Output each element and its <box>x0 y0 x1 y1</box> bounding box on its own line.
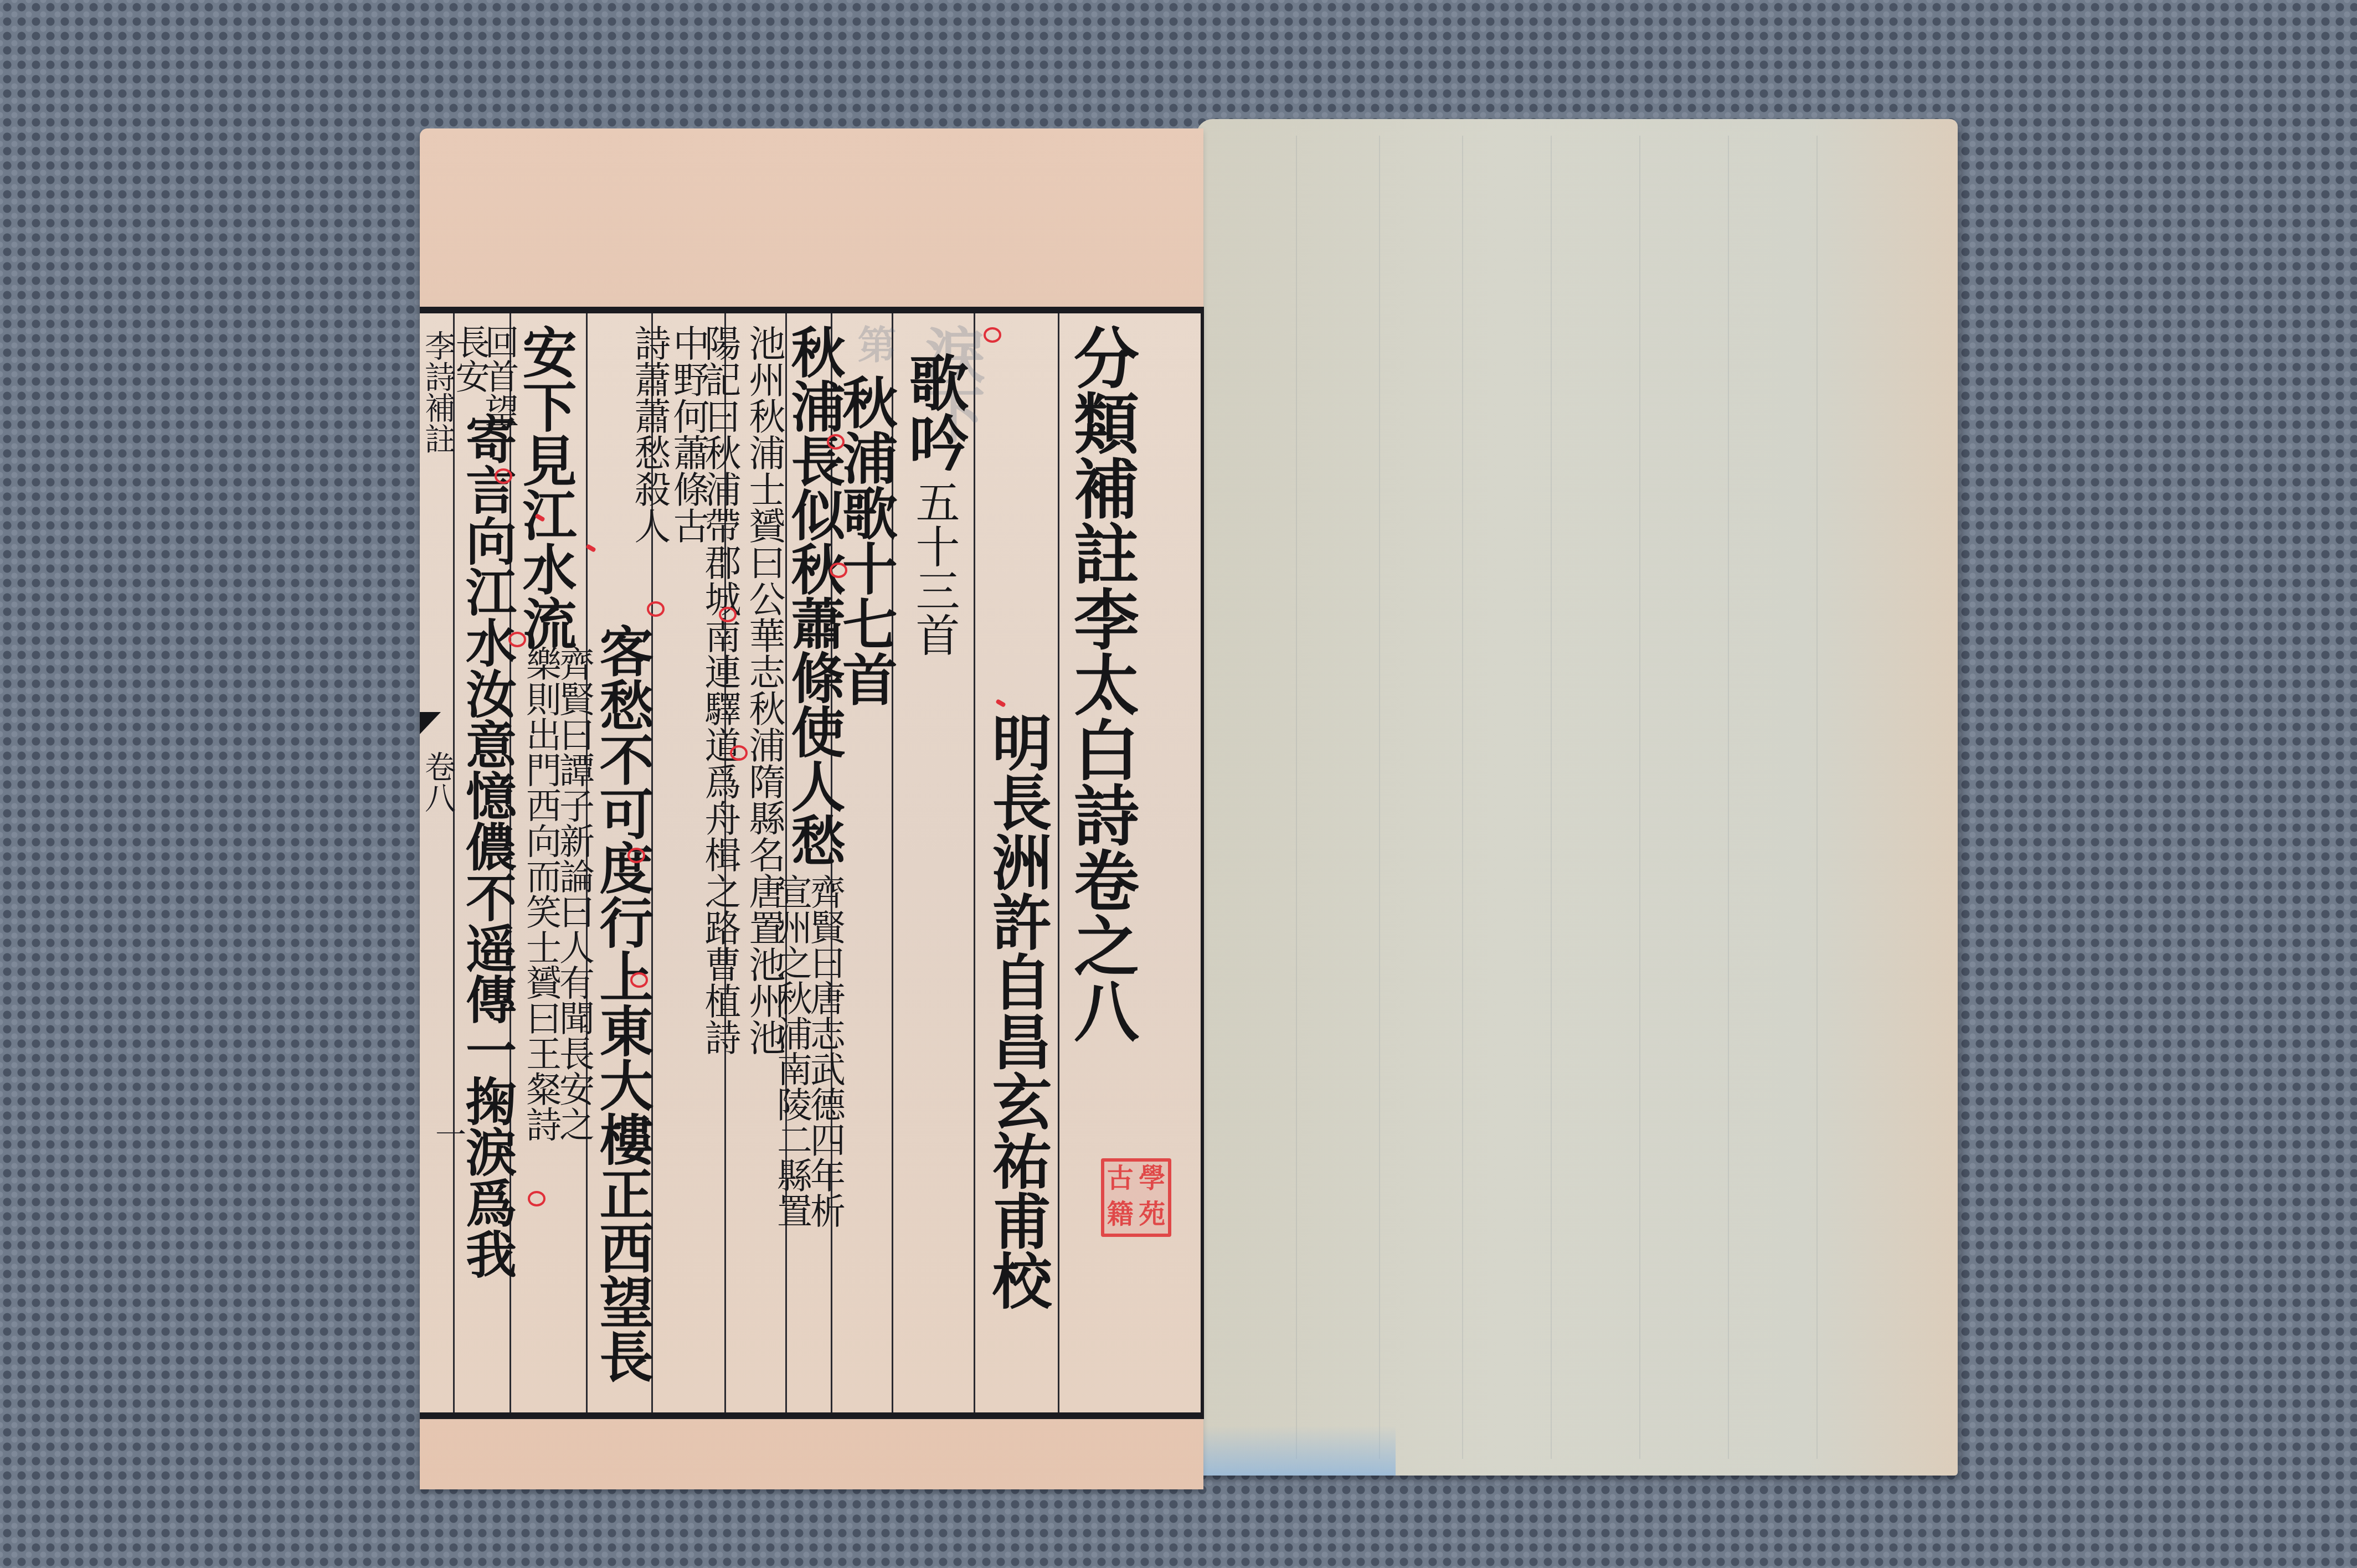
punctuation-circle <box>984 327 1001 343</box>
punctuation-tick <box>995 699 1006 708</box>
punctuation-circle <box>719 607 737 622</box>
annotation-5b: 長安 <box>450 324 489 393</box>
punctuation-circle <box>647 601 665 617</box>
page-rule <box>1462 136 1463 1459</box>
column-divider <box>1058 313 1059 1412</box>
margin-book-title: 李詩補註 <box>422 330 453 454</box>
margin-volume-text: 卷八 <box>420 751 456 813</box>
seal-char: 籍 <box>1104 1198 1136 1234</box>
punctuation-circle <box>827 434 845 450</box>
column-divider <box>974 313 975 1412</box>
punctuation-circle <box>630 972 648 988</box>
annotation-1a: 齊賢曰唐志武德四年析 <box>807 874 842 1228</box>
page-rule <box>1728 136 1729 1459</box>
fishtail-mark <box>420 712 441 734</box>
page-rule <box>1639 136 1640 1459</box>
punctuation-circle <box>508 632 526 647</box>
page-rule <box>1296 136 1297 1459</box>
annotation-3b: 詩蕭蕭愁殺人 <box>625 324 673 544</box>
category-main: 歌吟 <box>899 352 969 472</box>
show-through-text: 第 <box>846 324 902 363</box>
verse-line-4: 寄言向江水汝意憶儂不遥傳一掬淚爲我 <box>460 413 515 1279</box>
right-page-blank <box>1196 119 1958 1476</box>
column-divider <box>453 313 455 1412</box>
page-rule <box>1551 136 1552 1459</box>
page-rule <box>1816 136 1818 1459</box>
punctuation-circle <box>830 563 847 578</box>
annotation-2a: 池州秋浦士贇曰公華志秋浦隋縣名唐置池州池 <box>738 324 790 1055</box>
punctuation-circle <box>495 468 512 484</box>
annotation-4b: 樂則出門西向而笑士贇曰王粲詩 <box>515 646 566 1142</box>
margin-volume: 卷八 <box>422 751 453 813</box>
punctuation-circle <box>528 1191 545 1206</box>
print-frame: 淚下 第 李詩補註 卷八 一 分類補註李太白詩卷之八 明長洲許自昌玄祐甫校 歌吟… <box>420 307 1204 1419</box>
seal-char: 古 <box>1104 1162 1136 1198</box>
page-rule <box>1379 136 1380 1459</box>
category-heading: 歌吟五十三首 <box>900 352 967 657</box>
left-page-printed: 淚下 第 李詩補註 卷八 一 分類補註李太白詩卷之八 明長洲許自昌玄祐甫校 歌吟… <box>420 128 1203 1489</box>
punctuation-circle <box>627 848 645 863</box>
blue-stain <box>1196 1426 1396 1476</box>
verse-line-3: 安下見江水流 <box>519 324 571 650</box>
seal-char: 學 <box>1136 1162 1169 1198</box>
verse-line-2: 客愁不可度行上東大樓正西望長 <box>596 623 649 1383</box>
seal-char: 苑 <box>1136 1198 1169 1234</box>
book-title: 分類補註李太白詩卷之八 <box>1065 324 1137 1043</box>
category-count: 五十三首 <box>908 479 960 657</box>
punctuation-circle <box>730 745 748 761</box>
editor-credit: 明長洲許自昌玄祐甫校 <box>984 712 1050 1310</box>
collector-seal: 古 學 籍 苑 <box>1101 1158 1171 1237</box>
verse-line-1: 秋浦長似秋蕭條使人愁 <box>788 324 839 867</box>
